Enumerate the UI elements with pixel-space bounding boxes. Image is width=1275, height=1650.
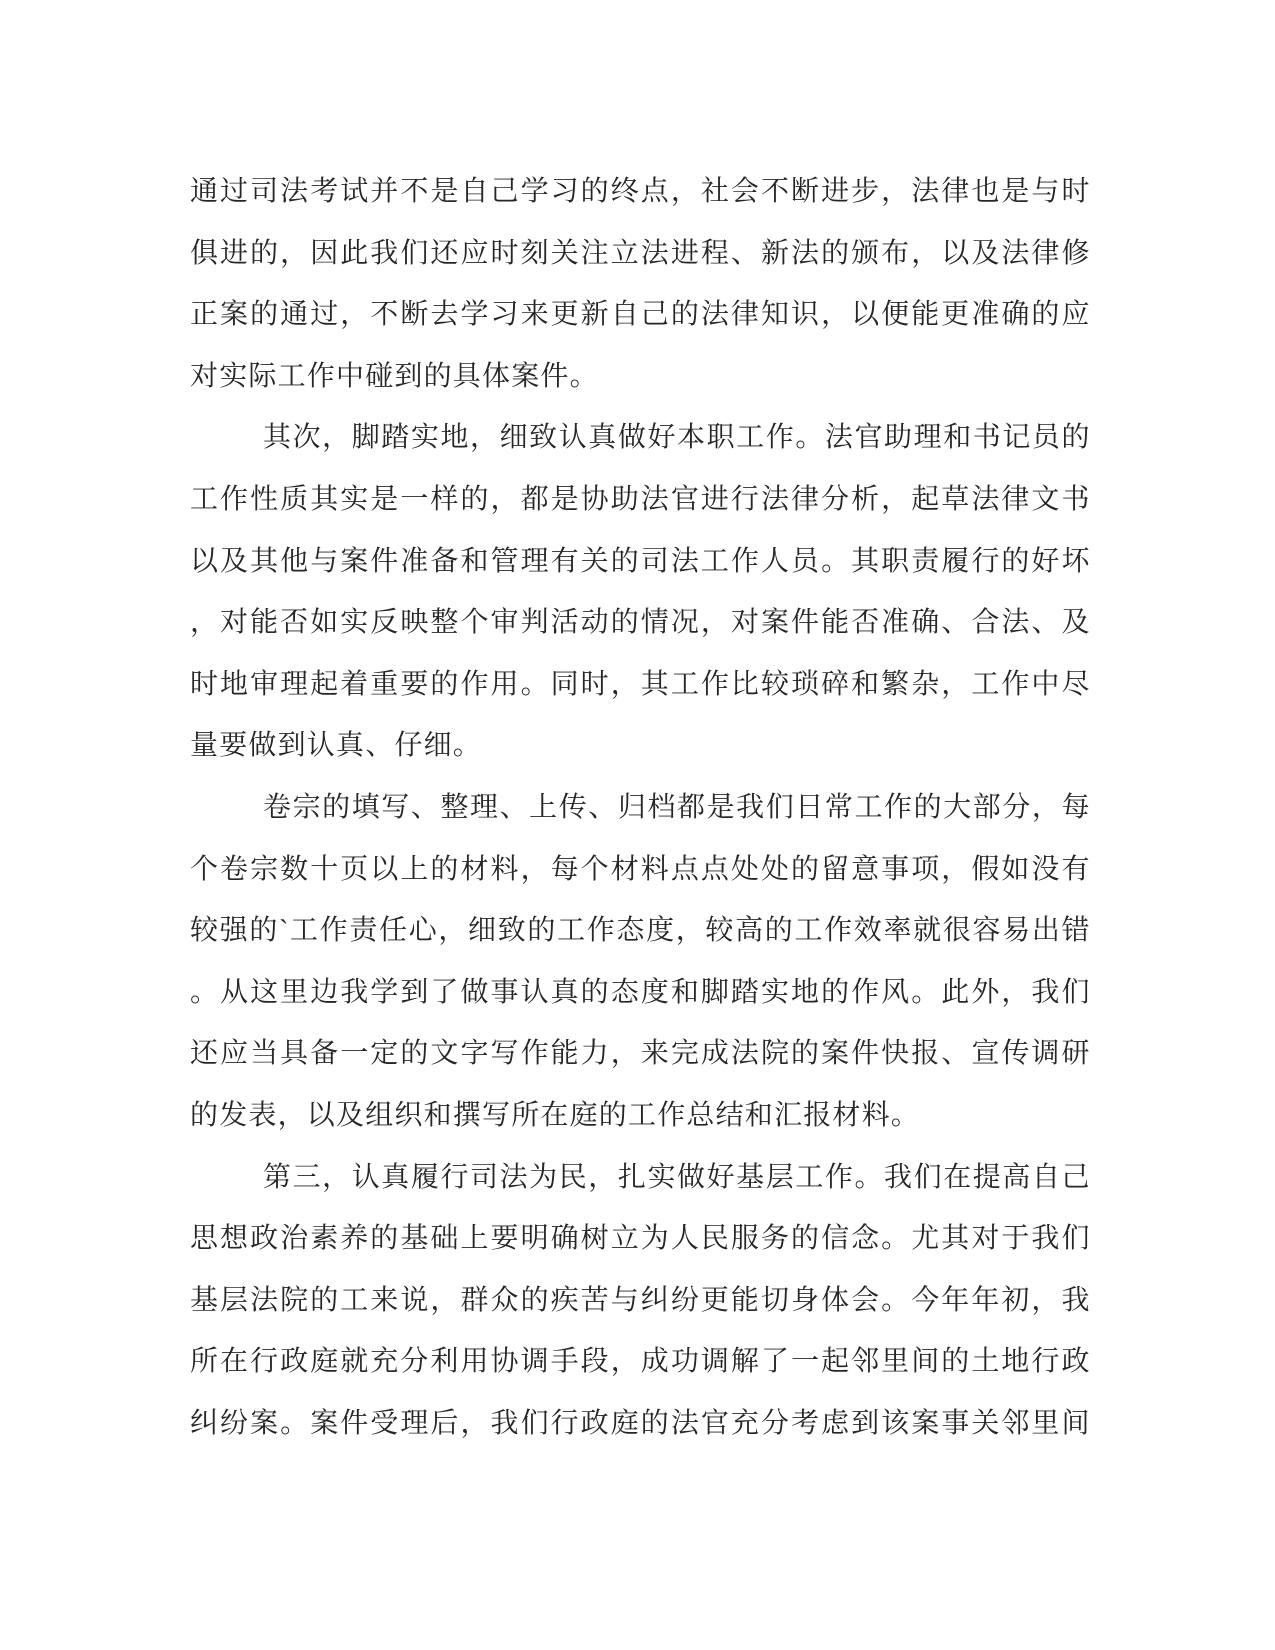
text-line: 通过司法考试并不是自己学习的终点，社会不断进步，法律也是与时 <box>190 161 1090 223</box>
text-line: 还应当具备一定的文字写作能力，来完成法院的案件快报、宣传调研 <box>190 1023 1090 1085</box>
text-line: 量要做到认真、仔细。 <box>190 715 1090 777</box>
paragraph: 卷宗的填写、整理、上传、归档都是我们日常工作的大部分，每个卷宗数十页以上的材料，… <box>190 777 1090 1147</box>
text-line: 思想政治素养的基础上要明确树立为人民服务的信念。尤其对于我们 <box>190 1208 1090 1270</box>
text-line: 工作性质其实是一样的，都是协助法官进行法律分析，起草法律文书 <box>190 469 1090 531</box>
text-line: 第三，认真履行司法为民，扎实做好基层工作。我们在提高自己 <box>190 1147 1090 1209</box>
text-line: 所在行政庭就充分利用协调手段，成功调解了一起邻里间的土地行政 <box>190 1331 1090 1393</box>
document-text-area: 通过司法考试并不是自己学习的终点，社会不断进步，法律也是与时俱进的，因此我们还应… <box>190 161 1090 1454</box>
text-line: 其次，脚踏实地，细致认真做好本职工作。法官助理和书记员的 <box>190 407 1090 469</box>
paragraph: 通过司法考试并不是自己学习的终点，社会不断进步，法律也是与时俱进的，因此我们还应… <box>190 161 1090 407</box>
text-line: 俱进的，因此我们还应时刻关注立法进程、新法的颁布，以及法律修 <box>190 223 1090 285</box>
paragraph: 其次，脚踏实地，细致认真做好本职工作。法官助理和书记员的工作性质其实是一样的，都… <box>190 407 1090 777</box>
text-line: 对实际工作中碰到的具体案件。 <box>190 346 1090 408</box>
text-line: 基层法院的工来说，群众的疾苦与纠纷更能切身体会。今年年初，我 <box>190 1270 1090 1332</box>
text-line: 以及其他与案件准备和管理有关的司法工作人员。其职责履行的好坏 <box>190 531 1090 593</box>
text-line: 的发表，以及组织和撰写所在庭的工作总结和汇报材料。 <box>190 1085 1090 1147</box>
document-page: 通过司法考试并不是自己学习的终点，社会不断进步，法律也是与时俱进的，因此我们还应… <box>0 0 1275 1650</box>
text-line: 时地审理起着重要的作用。同时，其工作比较琐碎和繁杂，工作中尽 <box>190 654 1090 716</box>
text-line: 较强的`工作责任心，细致的工作态度，较高的工作效率就很容易出错 <box>190 900 1090 962</box>
paragraph: 第三，认真履行司法为民，扎实做好基层工作。我们在提高自己思想政治素养的基础上要明… <box>190 1147 1090 1455</box>
text-line: 正案的通过，不断去学习来更新自己的法律知识，以便能更准确的应 <box>190 284 1090 346</box>
text-line: 卷宗的填写、整理、上传、归档都是我们日常工作的大部分，每 <box>190 777 1090 839</box>
text-line: 纠纷案。案件受理后，我们行政庭的法官充分考虑到该案事关邻里间 <box>190 1393 1090 1455</box>
text-line: 。从这里边我学到了做事认真的态度和脚踏实地的作风。此外，我们 <box>190 962 1090 1024</box>
text-line: 个卷宗数十页以上的材料，每个材料点点处处的留意事项，假如没有 <box>190 839 1090 901</box>
text-line: ，对能否如实反映整个审判活动的情况，对案件能否准确、合法、及 <box>190 592 1090 654</box>
